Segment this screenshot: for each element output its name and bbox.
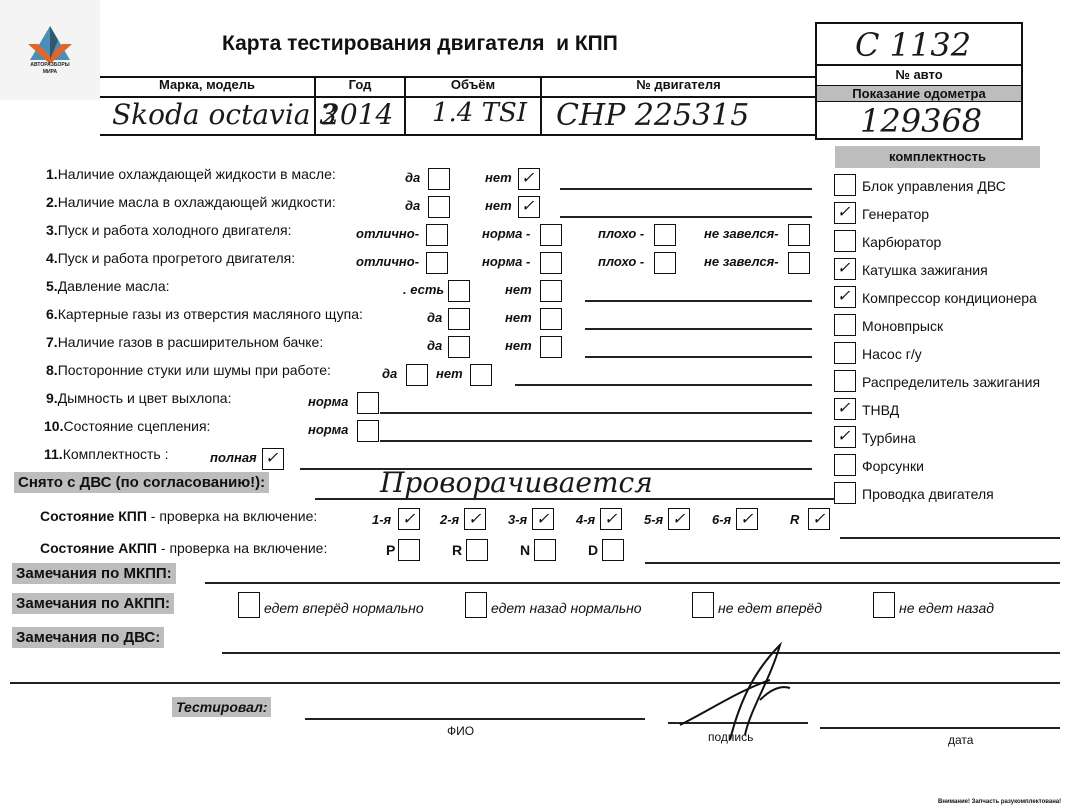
check-label: 6.Картерные газы из отверстия масляного … [46, 306, 363, 322]
akpp-remark-checkbox[interactable] [692, 592, 714, 618]
completeness-checkbox[interactable] [834, 342, 856, 364]
gear-checkbox[interactable]: ✓ [464, 508, 486, 530]
option-label: плохо - [598, 226, 644, 241]
check-mark-icon: ✓ [672, 511, 685, 527]
warning-text: Внимание! Запчасть разукомплектована! [938, 799, 1061, 805]
check-mark-icon: ✓ [402, 511, 415, 527]
option-checkbox[interactable] [654, 252, 676, 274]
notes-line [515, 384, 812, 386]
option-checkbox[interactable] [448, 336, 470, 358]
option-checkbox[interactable] [540, 224, 562, 246]
tested-label: Тестировал: [172, 697, 271, 717]
odometer-value[interactable]: 129368 [860, 102, 982, 140]
check-mark-icon: ✓ [837, 428, 850, 444]
fio-line [305, 718, 645, 720]
fio-caption: ФИО [447, 724, 474, 738]
option-label: норма [308, 394, 348, 409]
option-label: плохо - [598, 254, 644, 269]
removed-underline [315, 498, 835, 500]
gear-checkbox[interactable]: ✓ [668, 508, 690, 530]
remarks-mkpp-line [205, 582, 1060, 584]
col-volume: Объём [406, 77, 540, 92]
akpp-underline [645, 562, 1060, 564]
completeness-item-label: Компрессор кондиционера [862, 290, 1037, 306]
check-mark-icon: ✓ [812, 511, 825, 527]
year-value[interactable]: 2014 [322, 98, 393, 131]
option-checkbox[interactable] [540, 280, 562, 302]
check-label: 5.Давление масла: [46, 278, 170, 294]
akpp-mode-checkbox[interactable] [466, 539, 488, 561]
akpp-remark-label: не едет назад [899, 600, 994, 616]
option-label: не завелся- [704, 226, 779, 241]
gear-label: 6-я [712, 512, 731, 527]
akpp-mode-checkbox[interactable] [398, 539, 420, 561]
notes-line [380, 412, 812, 414]
completeness-item-label: Насос г/у [862, 346, 922, 362]
option-label: нет [505, 338, 532, 353]
completeness-checkbox[interactable]: ✓ [834, 202, 856, 224]
option-label: да [427, 338, 442, 353]
check-label: 2.Наличие масла в охлаждающей жидкости: [46, 194, 336, 210]
notes-line [585, 300, 812, 302]
option-checkbox[interactable] [448, 308, 470, 330]
check-mark-icon: ✓ [837, 288, 850, 304]
option-label: нет [436, 366, 463, 381]
check-mark-icon: ✓ [536, 511, 549, 527]
option-checkbox[interactable] [470, 364, 492, 386]
odometer-label: Показание одометра [817, 85, 1021, 102]
completeness-title: комплектность [835, 146, 1040, 168]
date-caption: дата [948, 733, 973, 747]
completeness-checkbox[interactable]: ✓ [834, 398, 856, 420]
option-checkbox[interactable] [448, 280, 470, 302]
check-mark-icon: ✓ [740, 511, 753, 527]
completeness-item-label: Распределитель зажигания [862, 374, 1040, 390]
option-label: да [382, 366, 397, 381]
check-mark-icon: ✓ [604, 511, 617, 527]
gear-label: 2-я [440, 512, 459, 527]
company-logo: АВТОРАЗБОРЫ МИРА [0, 0, 100, 100]
completeness-checkbox[interactable] [834, 482, 856, 504]
gear-checkbox[interactable]: ✓ [532, 508, 554, 530]
header-bottom-line [100, 134, 815, 136]
notes-line [585, 328, 812, 330]
option-checkbox[interactable] [357, 420, 379, 442]
removed-value[interactable]: Проворачивается [380, 466, 653, 499]
check-mark-icon: ✓ [521, 170, 534, 186]
divider [815, 64, 1023, 66]
option-checkbox[interactable] [426, 224, 448, 246]
check-mark-icon: ✓ [837, 260, 850, 276]
option-label: полная [210, 450, 257, 465]
completeness-item-label: Проводка двигателя [862, 486, 994, 502]
option-label: нет [485, 170, 512, 185]
akpp-mode-checkbox[interactable] [534, 539, 556, 561]
completeness-checkbox[interactable] [834, 370, 856, 392]
remarks-akpp-label: Замечания по АКПП: [12, 593, 174, 614]
completeness-item-label: ТНВД [862, 402, 899, 418]
remarks-dvs-line [222, 652, 1060, 654]
option-checkbox[interactable] [426, 252, 448, 274]
akpp-mode-label: R [452, 542, 462, 558]
check-label: 8.Посторонние стуки или шумы при работе: [46, 362, 331, 378]
option-label: отлично- [356, 254, 419, 269]
option-checkbox[interactable]: ✓ [518, 196, 540, 218]
option-checkbox[interactable] [540, 336, 562, 358]
check-label: 11.Комплектность : [44, 446, 169, 462]
check-mark-icon: ✓ [837, 400, 850, 416]
option-label: норма - [482, 254, 530, 269]
akpp-mode-label: N [520, 542, 530, 558]
option-checkbox[interactable] [357, 392, 379, 414]
gear-label: 5-я [644, 512, 663, 527]
akpp-label: Состояние АКПП - проверка на включение: [40, 540, 327, 556]
completeness-checkbox[interactable] [834, 314, 856, 336]
akpp-mode-label: D [588, 542, 598, 558]
option-checkbox[interactable] [428, 196, 450, 218]
auto-number-value[interactable]: C 1132 [855, 26, 971, 64]
notes-line [560, 216, 812, 218]
gear-label: 4-я [576, 512, 595, 527]
notes-line [380, 440, 812, 442]
completeness-item-label: Карбюратор [862, 234, 941, 250]
option-checkbox[interactable]: ✓ [262, 448, 284, 470]
notes-line [560, 188, 812, 190]
option-checkbox[interactable] [654, 224, 676, 246]
option-label: норма - [482, 226, 530, 241]
completeness-checkbox[interactable] [834, 174, 856, 196]
check-label: 10.Состояние сцепления: [44, 418, 210, 434]
gear-label: R [790, 512, 799, 527]
option-label: нет [485, 198, 512, 213]
option-checkbox[interactable] [540, 308, 562, 330]
check-mark-icon: ✓ [521, 198, 534, 214]
option-label: . есть [403, 282, 444, 297]
completeness-item-label: Турбина [862, 430, 916, 446]
option-checkbox[interactable] [788, 224, 810, 246]
option-label: нет [505, 310, 532, 325]
completeness-checkbox[interactable]: ✓ [834, 258, 856, 280]
completeness-item-label: Моновпрыск [862, 318, 943, 334]
col-make-model: Марка, модель [100, 77, 314, 92]
make-model-value[interactable]: Skoda octavia 3 [112, 98, 337, 131]
check-mark-icon: ✓ [837, 204, 850, 220]
option-label: да [405, 198, 420, 213]
logo-line1: АВТОРАЗБОРЫ [0, 62, 100, 68]
gear-label: 3-я [508, 512, 527, 527]
completeness-checkbox[interactable] [834, 454, 856, 476]
gear-checkbox[interactable]: ✓ [736, 508, 758, 530]
removed-label: Снято с ДВС (по согласованию!): [14, 472, 269, 493]
check-label: 1.Наличие охлаждающей жидкости в масле: [46, 166, 336, 182]
completeness-checkbox[interactable] [834, 230, 856, 252]
gear-label: 1-я [372, 512, 391, 527]
completeness-checkbox[interactable]: ✓ [834, 426, 856, 448]
option-checkbox[interactable] [788, 252, 810, 274]
option-label: отлично- [356, 226, 419, 241]
akpp-remark-checkbox[interactable] [238, 592, 260, 618]
gear-checkbox[interactable]: ✓ [600, 508, 622, 530]
option-checkbox[interactable]: ✓ [518, 168, 540, 190]
check-mark-icon: ✓ [265, 450, 278, 466]
gear-checkbox[interactable]: ✓ [398, 508, 420, 530]
check-label: 7.Наличие газов в расширительном бачке: [46, 334, 323, 350]
option-label: да [405, 170, 420, 185]
remarks-dvs-label: Замечания по ДВС: [12, 627, 164, 648]
akpp-remark-checkbox[interactable] [873, 592, 895, 618]
kpp-label: Состояние КПП - проверка на включение: [40, 508, 317, 524]
completeness-item-label: Блок управления ДВС [862, 178, 1006, 194]
option-label: норма [308, 422, 348, 437]
option-checkbox[interactable] [428, 168, 450, 190]
volume-value[interactable]: 1.4 TSI [432, 98, 527, 128]
check-label: 9.Дымность и цвет выхлопа: [46, 390, 231, 406]
gear-checkbox[interactable]: ✓ [808, 508, 830, 530]
akpp-remark-label: едет назад нормально [491, 600, 642, 616]
logo-line2: МИРА [0, 69, 100, 75]
check-label: 3.Пуск и работа холодного двигателя: [46, 222, 292, 238]
remarks-extra-line [10, 682, 1060, 684]
option-checkbox[interactable] [540, 252, 562, 274]
option-label: да [427, 310, 442, 325]
check-mark-icon: ✓ [468, 511, 481, 527]
option-label: нет [505, 282, 532, 297]
col-year: Год [316, 77, 404, 92]
notes-line [585, 356, 812, 358]
option-checkbox[interactable] [406, 364, 428, 386]
completeness-item-label: Форсунки [862, 458, 924, 474]
akpp-remark-checkbox[interactable] [465, 592, 487, 618]
completeness-checkbox[interactable]: ✓ [834, 286, 856, 308]
option-label: не завелся- [704, 254, 779, 269]
auto-number-label: № авто [815, 67, 1023, 82]
page-title: Карта тестирования двигателя и КПП [222, 32, 618, 56]
date-line [820, 727, 1060, 729]
kpp-underline [840, 537, 1060, 539]
completeness-item-label: Катушка зажигания [862, 262, 988, 278]
akpp-remark-label: не едет вперёд [718, 600, 822, 616]
signature-scribble-icon [670, 640, 820, 750]
akpp-mode-label: P [386, 542, 395, 558]
akpp-mode-checkbox[interactable] [602, 539, 624, 561]
engine-number-value[interactable]: CHP 225315 [556, 98, 749, 133]
akpp-remark-label: едет вперёд нормально [264, 600, 424, 616]
completeness-item-label: Генератор [862, 206, 929, 222]
check-label: 4.Пуск и работа прогретого двигателя: [46, 250, 295, 266]
col-engine-number: № двигателя [542, 77, 815, 92]
remarks-mkpp-label: Замечания по МКПП: [12, 563, 176, 584]
